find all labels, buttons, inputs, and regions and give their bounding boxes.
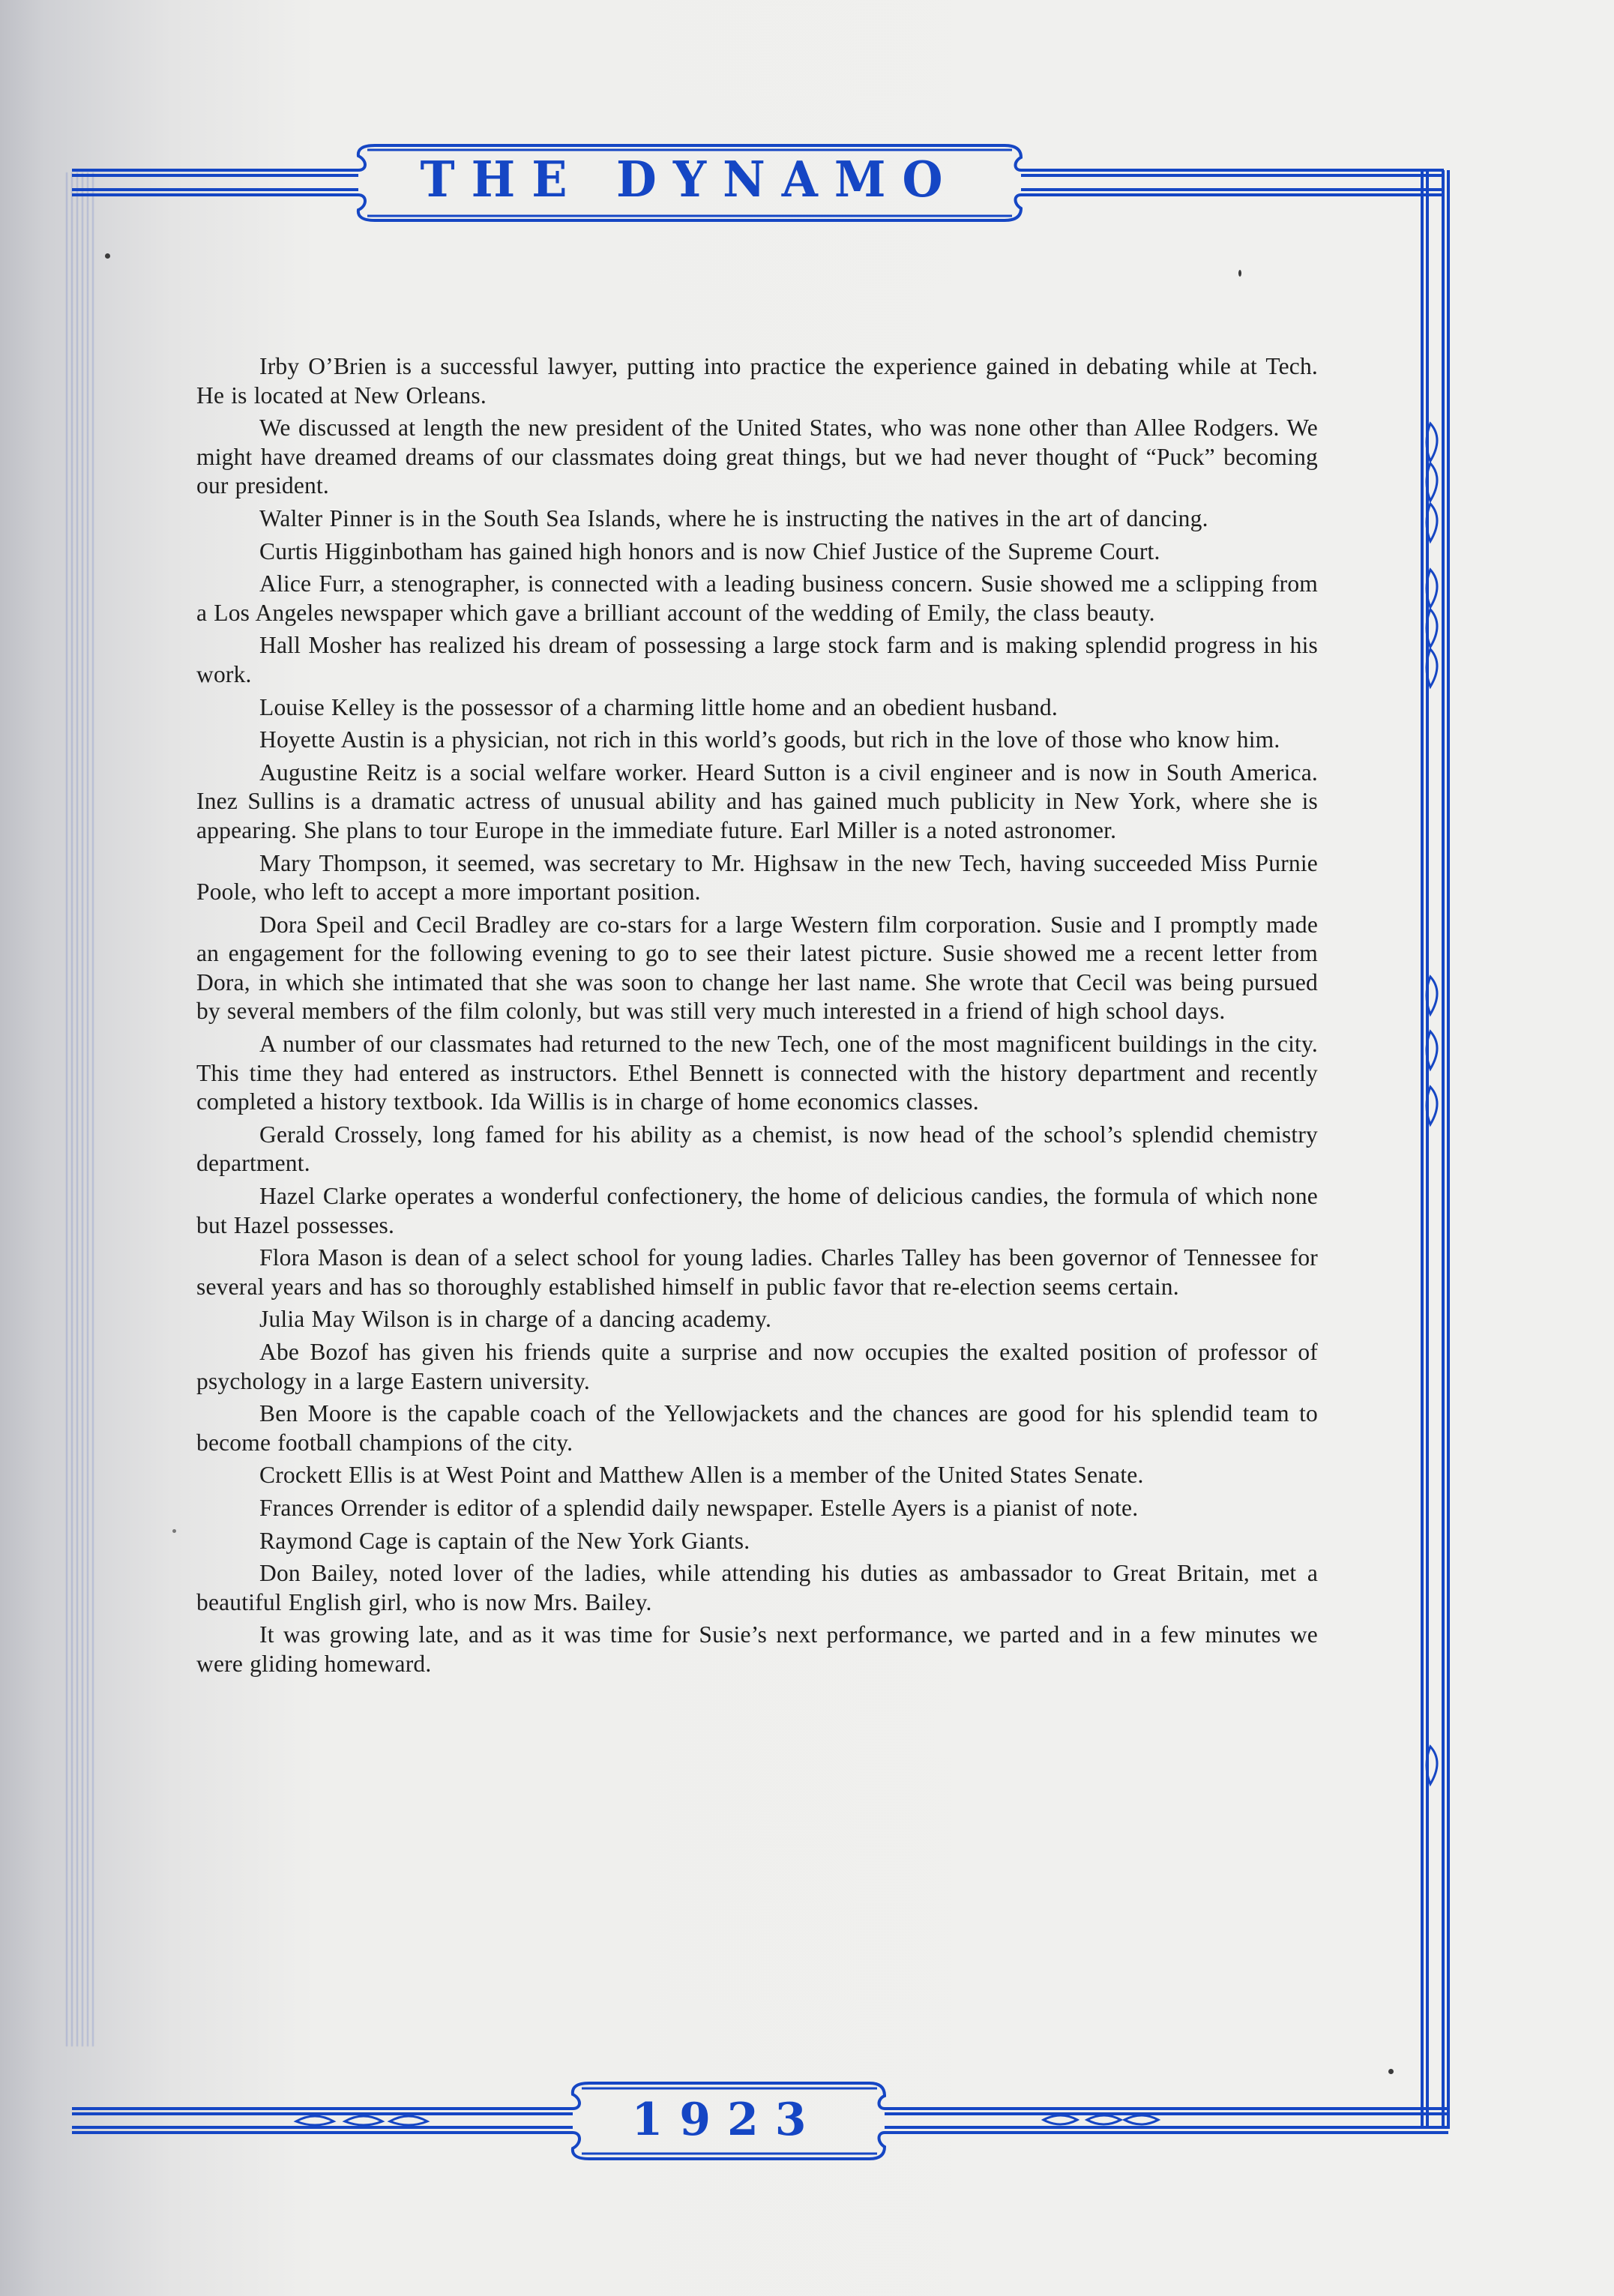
page-year-footer: 1923 — [577, 2090, 877, 2150]
paragraph: Dora Speil and Cecil Bradley are co-star… — [196, 911, 1318, 1026]
paragraph: We discussed at length the new president… — [196, 414, 1318, 501]
paragraph: Curtis Higginbotham has gained high hono… — [196, 537, 1318, 567]
paragraph: Mary Thompson, it seemed, was secretary … — [196, 849, 1318, 907]
paragraph: Walter Pinner is in the South Sea Island… — [196, 504, 1318, 534]
paragraph: Raymond Cage is captain of the New York … — [196, 1527, 1318, 1556]
paper-speck — [105, 253, 110, 259]
paragraph: Crockett Ellis is at West Point and Matt… — [196, 1461, 1318, 1490]
paragraph: Flora Mason is dean of a select school f… — [196, 1244, 1318, 1301]
paper-speck — [1388, 2069, 1394, 2074]
paragraph: Augustine Reitz is a social welfare work… — [196, 759, 1318, 846]
paragraph: Hazel Clarke operates a wonderful confec… — [196, 1182, 1318, 1240]
paragraph: Frances Orrender is editor of a splendid… — [196, 1494, 1318, 1523]
paragraph: Gerald Crossely, long famed for his abil… — [196, 1121, 1318, 1178]
paragraph: Hall Mosher has realized his dream of po… — [196, 631, 1318, 689]
paragraph: Louise Kelley is the possessor of a char… — [196, 693, 1318, 723]
paragraph: A number of our classmates had returned … — [196, 1030, 1318, 1117]
article-body: Irby O’Brien is a successful lawyer, put… — [196, 352, 1318, 1683]
paragraph: Don Bailey, noted lover of the ladies, w… — [196, 1559, 1318, 1617]
paragraph: Julia May Wilson is in charge of a danci… — [196, 1305, 1318, 1334]
paragraph: Abe Bozof has given his friends quite a … — [196, 1338, 1318, 1396]
paragraph: Irby O’Brien is a successful lawyer, put… — [196, 352, 1318, 410]
page-masthead: THE DYNAMO — [360, 145, 1020, 213]
paragraph: Alice Furr, a stenographer, is connected… — [196, 570, 1318, 627]
paper-speck — [172, 1529, 176, 1533]
paragraph: Ben Moore is the capable coach of the Ye… — [196, 1399, 1318, 1457]
paragraph: Hoyette Austin is a physician, not rich … — [196, 726, 1318, 755]
paragraph: It was growing late, and as it was time … — [196, 1621, 1318, 1678]
paper-speck — [1238, 270, 1241, 277]
